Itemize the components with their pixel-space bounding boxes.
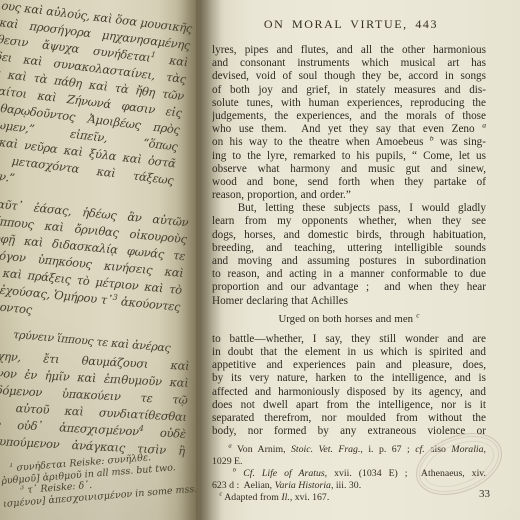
text-line: wood and bone, send forth when they part… (212, 176, 486, 189)
translation-body: lyres, pipes and flutes, and all the oth… (212, 44, 486, 438)
text-line: affected and harmoniously disposed by it… (212, 386, 486, 399)
text-line: But, letting these subjects pass, I woul… (212, 202, 486, 215)
text-line: to reason, and acting in a manner confor… (212, 268, 486, 281)
paragraph-new: But, letting these subjects pass, I woul… (212, 202, 486, 308)
text-line: to battle—whether, I say, they still won… (212, 333, 486, 346)
critical-apparatus: 1 συνήδεται Reiske: συνῆλθε.ῥυθμοῦ] ἀριθ… (0, 449, 196, 510)
verse-quote: Urged on both horses and men c (212, 313, 486, 326)
text-line: who use them. And yet they say that even… (212, 123, 486, 136)
text-line: separated therefrom, nor moulded from wi… (212, 412, 486, 425)
text-line: by its very nature, harken to the intell… (212, 372, 486, 385)
text-line: on his way to the theatre when Amoebeus … (212, 136, 486, 149)
text-line: and consonant instruments which musical … (212, 57, 486, 70)
paragraph-continuation: lyres, pipes and flutes, and all the oth… (212, 44, 486, 202)
greek-text-block-2: αῦτ᾽ ἐάσας, ἡδέως ἂν αὐτῶν πυθοίμην, εἰἵ… (0, 196, 189, 333)
text-line: judgements, the experiences, and the mor… (212, 110, 486, 123)
text-line: and moving and assuming postures in subo… (212, 255, 486, 268)
text-line: solute tunes, with human experiences, re… (212, 97, 486, 110)
text-line: ing to the lyre, remarked to his pupils,… (212, 150, 486, 163)
right-page: ON MORAL VIRTUE, 443 lyres, pipes and fl… (196, 0, 520, 520)
text-line: breeding, and teaching, uttering intelli… (212, 242, 486, 255)
greek-text-block-1: ους καὶ αὐλούς, καὶ ὅσα μουσικῆςκαὶ προσ… (0, 0, 193, 206)
text-line: dogs, horses, and domestic birds, throug… (212, 229, 486, 242)
text-line: reason, proportion, and order.” (212, 189, 486, 202)
text-line: of both joy and grief, in stately measur… (212, 84, 486, 97)
book-photo: ους καὶ αὐλούς, καὶ ὅσα μουσικῆςκαὶ προσ… (0, 0, 520, 520)
text-line: does not dwell apart from the intelligen… (212, 399, 486, 412)
text-line: devised, void of soul though they be, ac… (212, 70, 486, 83)
text-line: proportion and our advantage ; and when … (212, 281, 486, 294)
text-line: observe what harmony and music gut and s… (212, 163, 486, 176)
text-line: in doubt that the element in us which is… (212, 346, 486, 359)
text-line: learn from my opponents whether, when th… (212, 215, 486, 228)
running-head: ON MORAL VIRTUE, 443 (212, 17, 490, 32)
greek-text-block-3: χην, ἔτι θαυμάζουσι καὶ διαποροῦσιν εἰνο… (0, 348, 190, 460)
left-page: ους καὶ αὐλούς, καὶ ὅσα μουσικῆςκαὶ προσ… (0, 0, 196, 520)
text-line: appetitive and experiences pain and plea… (212, 359, 486, 372)
text-line: lyres, pipes and flutes, and all the oth… (212, 44, 486, 57)
text-line: body, nor formed by any extraneous viole… (212, 425, 486, 438)
text-line: Homer declaring that Achilles (212, 295, 486, 308)
paragraph-after-quote: to battle—whether, I say, they still won… (212, 333, 486, 439)
